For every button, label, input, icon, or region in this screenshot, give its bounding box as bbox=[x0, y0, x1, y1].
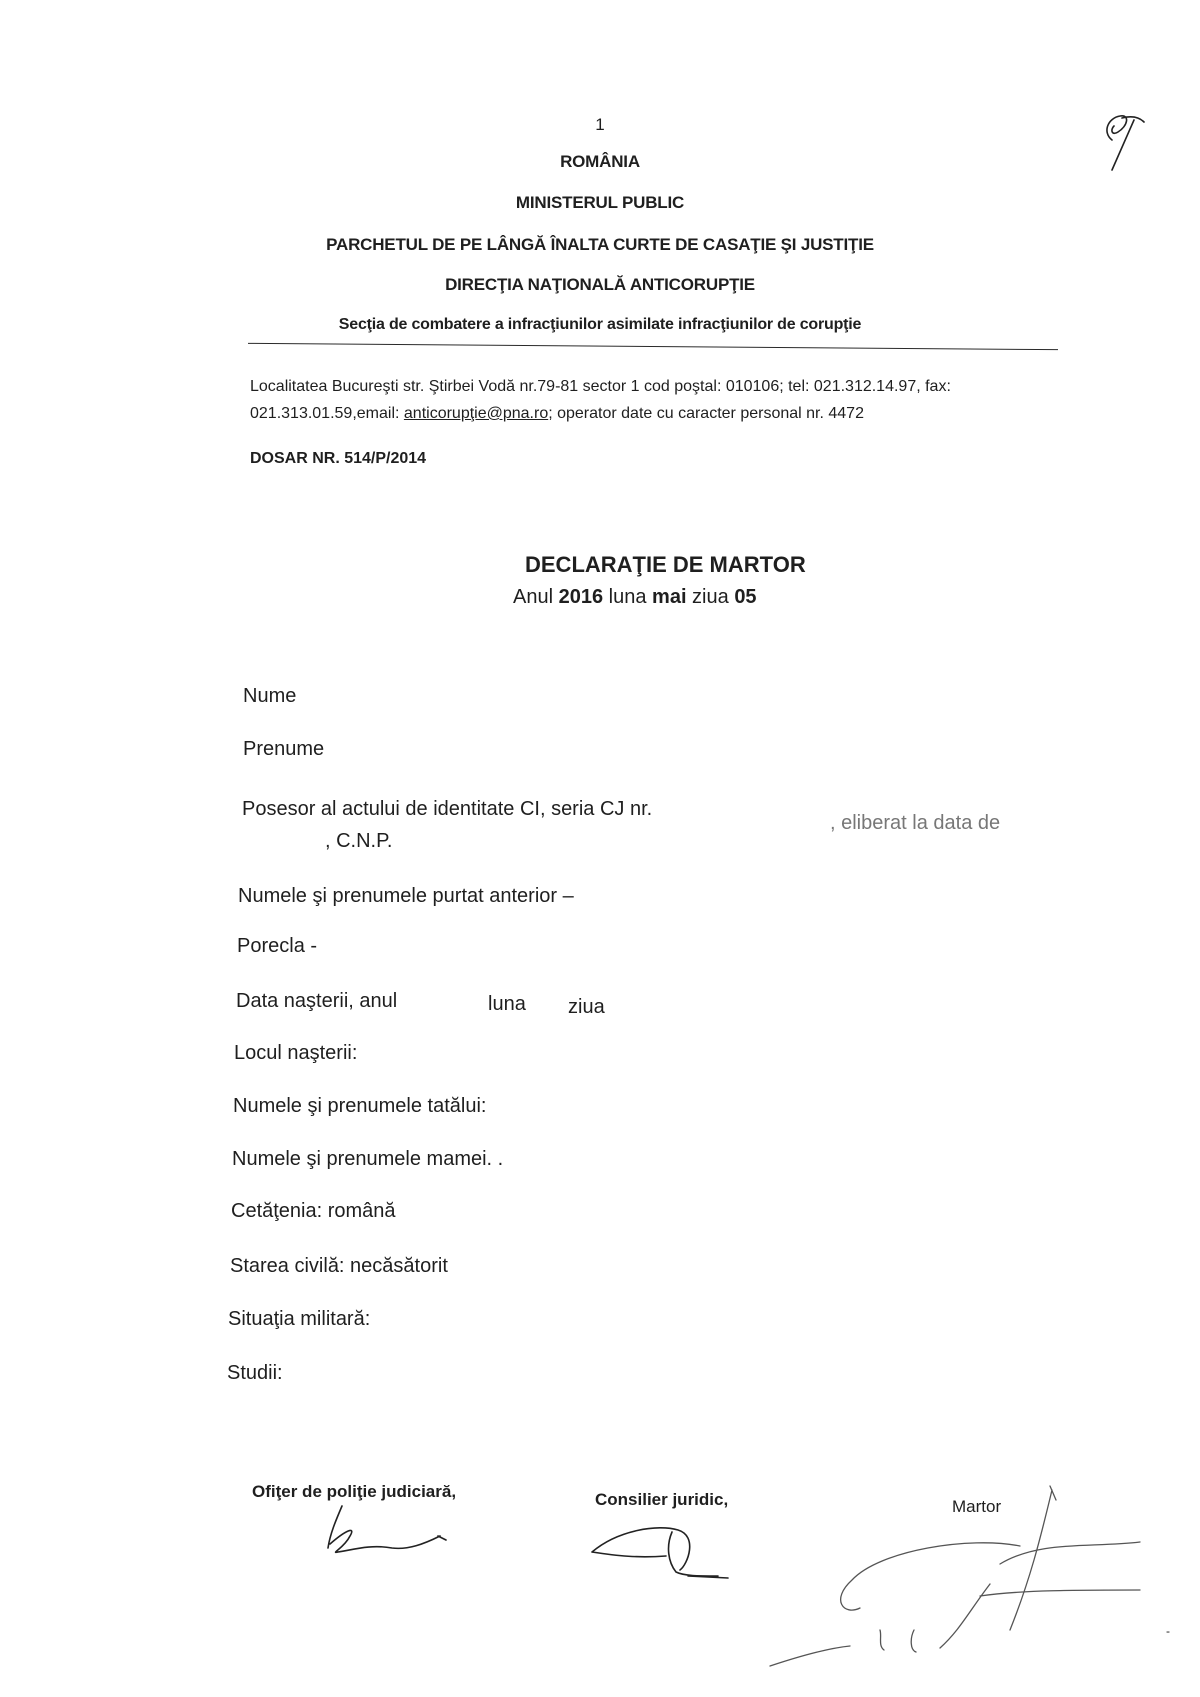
signature-officer bbox=[300, 1500, 480, 1580]
header-divider bbox=[248, 343, 1058, 350]
date-day: 05 bbox=[734, 586, 756, 608]
field-studies: Studii: bbox=[227, 1362, 283, 1385]
address-line-1: Localitatea Bucureşti str. Ştirbei Vodă … bbox=[250, 378, 951, 396]
document-date: Anul 2016 luna mai ziua 05 bbox=[513, 586, 757, 609]
document-title: DECLARAŢIE DE MARTOR bbox=[525, 552, 806, 578]
field-birth-place: Locul naşterii: bbox=[234, 1042, 357, 1065]
signature-label-legal-advisor: Consilier juridic, bbox=[595, 1490, 728, 1510]
field-birth-date-year: Data naşterii, anul bbox=[236, 990, 397, 1013]
field-id-document: Posesor al actului de identitate CI, ser… bbox=[242, 798, 652, 821]
field-military-status: Situaţia militară: bbox=[228, 1308, 370, 1331]
case-number: DOSAR NR. 514/P/2014 bbox=[250, 450, 426, 468]
field-mother-name: Numele şi prenumele mamei. . bbox=[232, 1148, 503, 1171]
date-day-label: ziua bbox=[687, 586, 735, 608]
date-month-label: luna bbox=[603, 586, 652, 608]
field-citizenship: Cetăţenia: română bbox=[231, 1200, 396, 1223]
field-previous-name: Numele şi prenumele purtat anterior – bbox=[238, 885, 574, 908]
header-directorate: DIRECŢIA NAŢIONALĂ ANTICORUPŢIE bbox=[0, 275, 1200, 295]
signature-witness bbox=[760, 1480, 1160, 1670]
date-prefix: Anul bbox=[513, 586, 559, 608]
header-prosecutor-office: PARCHETUL DE PE LÂNGĂ ÎNALTA CURTE DE CA… bbox=[0, 235, 1200, 255]
date-year: 2016 bbox=[559, 586, 604, 608]
address-prefix: 021.313.01.59,email: bbox=[250, 405, 404, 422]
field-civil-status: Starea civilă: necăsătorit bbox=[230, 1255, 448, 1278]
header-ministry: MINISTERUL PUBLIC bbox=[0, 193, 1200, 213]
field-birth-day: ziua bbox=[568, 996, 605, 1019]
title-text: DECLARAŢIE DE MARTOR bbox=[525, 552, 806, 577]
date-month: mai bbox=[652, 586, 686, 608]
header-country: ROMÂNIA bbox=[0, 152, 1200, 172]
field-cnp: , C.N.P. bbox=[325, 830, 392, 853]
page-number: 1 bbox=[0, 115, 1200, 135]
header-section: Secţia de combatere a infracţiunilor asi… bbox=[0, 316, 1200, 334]
field-prenume: Prenume bbox=[243, 738, 324, 761]
email-link[interactable]: anticorupţie@pna.ro bbox=[404, 405, 548, 422]
stray-mark: - bbox=[1166, 1624, 1170, 1638]
address-line-2: 021.313.01.59,email: anticorupţie@pna.ro… bbox=[250, 405, 864, 423]
signature-legal-advisor bbox=[588, 1510, 788, 1590]
address-suffix: ; operator date cu caracter personal nr.… bbox=[548, 405, 864, 422]
signature-label-officer: Ofiţer de poliţie judiciară, bbox=[252, 1482, 456, 1502]
field-birth-month: luna bbox=[488, 993, 526, 1016]
field-nume: Nume bbox=[243, 685, 296, 708]
field-father-name: Numele şi prenumele tatălui: bbox=[233, 1095, 486, 1118]
field-nickname: Porecla - bbox=[237, 935, 317, 958]
field-id-issued: , eliberat la data de bbox=[830, 812, 1000, 835]
